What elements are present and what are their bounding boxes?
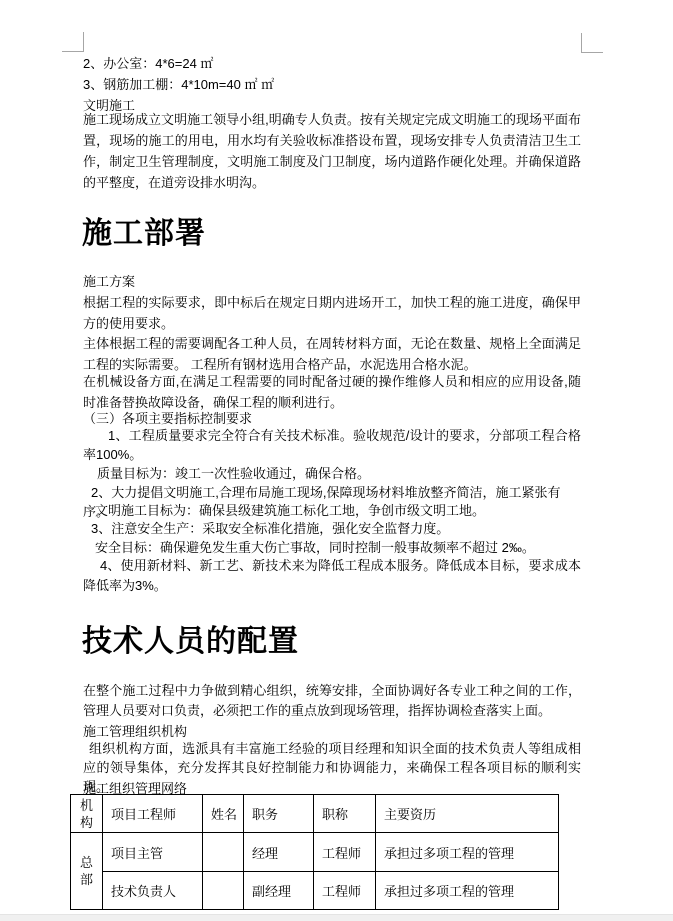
table-corner-cell-org: 机 构 — [71, 795, 103, 833]
quality-goal-line: 质量目标为：竣工一次性验收通过，确保合格。 — [83, 464, 581, 483]
table-cell-name — [203, 833, 244, 872]
indicator-item-cost: 4、使用新材料、新工艺、新技术来为降低工程成本服务。降低成本目标，要求成本降低率… — [83, 556, 581, 596]
indicator-item-quality: 1、工程质量要求完全符合有关技术标准。验收规范/设计的要求，分部项工程合格率10… — [83, 426, 581, 464]
paragraph-schedule: 根据工程的实际要求，即中标后在规定日期内进场开工，加快工程的施工进度，确保甲方的… — [83, 292, 581, 334]
table-header-experience: 主要资历 — [376, 795, 559, 833]
table-row: 技术负责人 副经理 工程师 承担过多项工程的管理 — [71, 872, 559, 910]
organization-table: 机 构 项目工程师 姓名 职务 职称 主要资历 总 部 项目主管 经理 工程师 … — [70, 794, 559, 910]
table-cell-title: 工程师 — [314, 833, 376, 872]
table-cell-role: 项目主管 — [103, 833, 203, 872]
table-cell-title: 工程师 — [314, 872, 376, 910]
table-header-name: 姓名 — [203, 795, 244, 833]
table-group-headquarters: 总 部 — [71, 833, 103, 910]
paragraph-labor-materials: 主体根据工程的需要调配各工种人员，在周转材料方面，无论在数量、规格上全面满足工程… — [83, 333, 581, 375]
table-cell-experience: 承担过多项工程的管理 — [376, 833, 559, 872]
line-office-area: 2、办公室：4*6=24 ㎡ — [83, 53, 581, 74]
heading-technical-staffing: 技术人员的配置 — [82, 622, 602, 662]
safety-goal-line: 安全目标：确保避免发生重大伤亡事故，同时控制一般事故频率不超过 2‰。 — [83, 538, 581, 557]
indicator-item-safety: 3、注意安全生产：采取安全标准化措施，强化安全监督力度。 — [83, 519, 581, 538]
margin-crop-mark-top-right — [581, 33, 603, 53]
table-cell-experience: 承担过多项工程的管理 — [376, 872, 559, 910]
bottom-scrollbar-track[interactable] — [0, 914, 673, 921]
document-page: 2、办公室：4*6=24 ㎡ 3、钢筋加工棚：4*10m=40 ㎡ ㎡ 文明施工… — [0, 0, 673, 921]
heading-construction-deployment: 施工部署 — [82, 214, 602, 254]
table-cell-name — [203, 872, 244, 910]
paragraph-machinery: 在机械设备方面,在满足工程需要的同时配备过硬的操作维修人员和相应的应用设备,随时… — [83, 371, 581, 413]
table-cell-position: 经理 — [244, 833, 314, 872]
table-header-title: 职称 — [314, 795, 376, 833]
civilized-goal-line: 文明施工目标为：确保县级建筑施工标化工地，争创市级文明工地。 — [83, 501, 581, 520]
line-rebar-shed-area: 3、钢筋加工棚：4*10m=40 ㎡ ㎡ — [83, 74, 581, 95]
construction-plan-label: 施工方案 — [83, 271, 581, 292]
table-header-position: 职务 — [244, 795, 314, 833]
table-header-project-engineer: 项目工程师 — [103, 795, 203, 833]
table-cell-role: 技术负责人 — [103, 872, 203, 910]
paragraph-coordination: 在整个施工过程中力争做到精心组织，统筹安排，全面协调好各专业工种之间的工作，管理… — [83, 681, 581, 721]
table-header-row: 机 构 项目工程师 姓名 职务 职称 主要资历 — [71, 795, 559, 833]
civilized-construction-paragraph: 施工现场成立文明施工领导小组,明确专人负责。按有关规定完成文明施工的现场平面布置… — [83, 109, 581, 193]
margin-crop-mark-top-left — [62, 32, 84, 52]
table-row: 总 部 项目主管 经理 工程师 承担过多项工程的管理 — [71, 833, 559, 872]
table-cell-position: 副经理 — [244, 872, 314, 910]
